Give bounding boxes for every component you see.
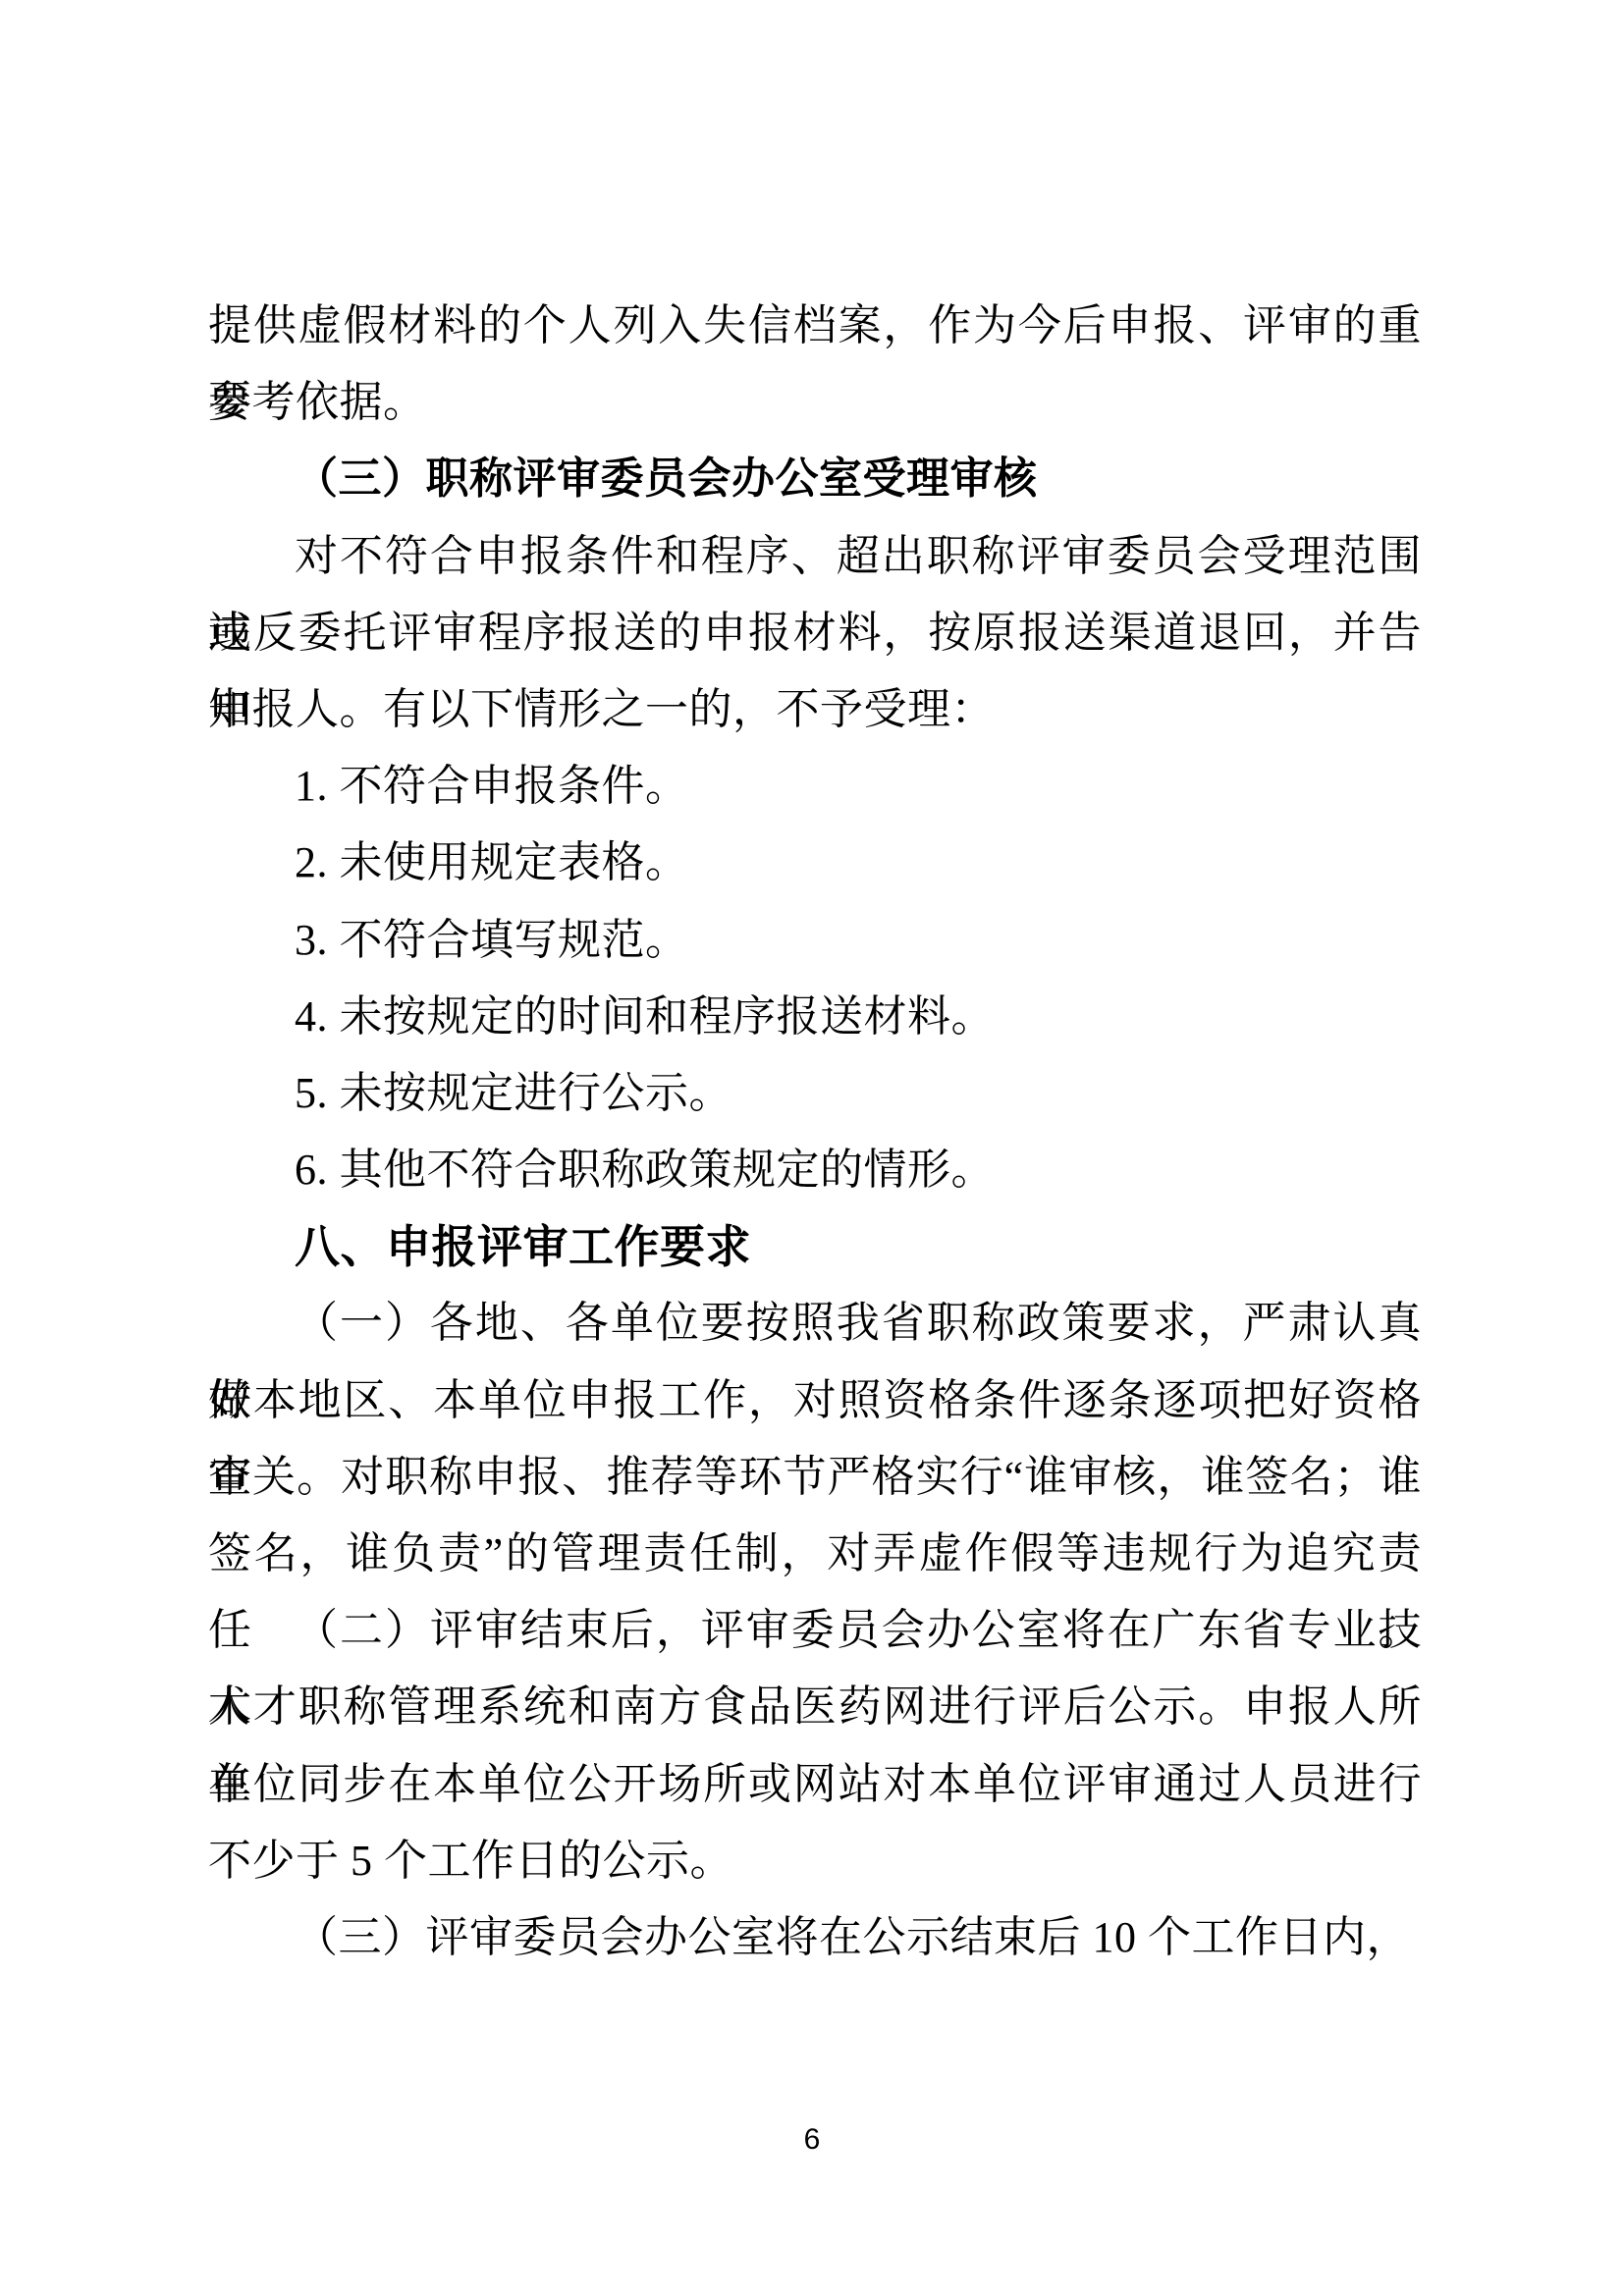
text-line: 单位同步在本单位公开场所或网站对本单位评审通过人员进行 bbox=[208, 1746, 1422, 1823]
subsection-heading: （三）职称评审委员会办公室受理审核 bbox=[208, 441, 1422, 517]
list-item: 4. 未按规定的时间和程序报送材料。 bbox=[208, 979, 1422, 1055]
list-item: 2. 未使用规定表格。 bbox=[208, 825, 1422, 901]
page-number: 6 bbox=[0, 2120, 1624, 2160]
text-line: 违反委托评审程序报送的申报材料，按原报送渠道退回，并告知 bbox=[208, 595, 1422, 671]
text-line: （一）各地、各单位要按照我省职称政策要求，严肃认真做 bbox=[208, 1285, 1422, 1362]
text-line: 好本地区、本单位申报工作，对照资格条件逐条逐项把好资格审 bbox=[208, 1362, 1422, 1439]
list-item: 6. 其他不符合职称政策规定的情形。 bbox=[208, 1132, 1422, 1208]
text-line: 不少于 5 个工作日的公示。 bbox=[208, 1823, 1422, 1899]
section-heading: 八、申报评审工作要求 bbox=[208, 1208, 1422, 1285]
document-body: 提供虚假材料的个人列入失信档案，作为今后申报、评审的重要 参考依据。 （三）职称… bbox=[208, 288, 1422, 1976]
text-line: 对不符合申报条件和程序、超出职称评审委员会受理范围或 bbox=[208, 518, 1422, 595]
text-line: 提供虚假材料的个人列入失信档案，作为今后申报、评审的重要 bbox=[208, 288, 1422, 364]
text-line: （二）评审结束后，评审委员会办公室将在广东省专业技术 bbox=[208, 1592, 1422, 1669]
list-item: 1. 不符合申报条件。 bbox=[208, 748, 1422, 825]
list-item: 3. 不符合填写规范。 bbox=[208, 902, 1422, 979]
text-line: 参考依据。 bbox=[208, 364, 1422, 441]
text-line: （三）评审委员会办公室将在公示结束后 10 个工作日内， bbox=[208, 1899, 1422, 1976]
text-line: 申报人。有以下情形之一的，不予受理： bbox=[208, 671, 1422, 748]
document-page: 提供虚假材料的个人列入失信档案，作为今后申报、评审的重要 参考依据。 （三）职称… bbox=[0, 0, 1624, 2296]
text-line: 签名，谁负责”的管理责任制，对弄虚作假等违规行为追究责任。 bbox=[208, 1516, 1422, 1592]
text-line: 人才职称管理系统和南方食品医药网进行评后公示。申报人所在 bbox=[208, 1669, 1422, 1745]
text-line: 查关。对职称申报、推荐等环节严格实行“谁审核，谁签名；谁 bbox=[208, 1439, 1422, 1516]
list-item: 5. 未按规定进行公示。 bbox=[208, 1055, 1422, 1132]
